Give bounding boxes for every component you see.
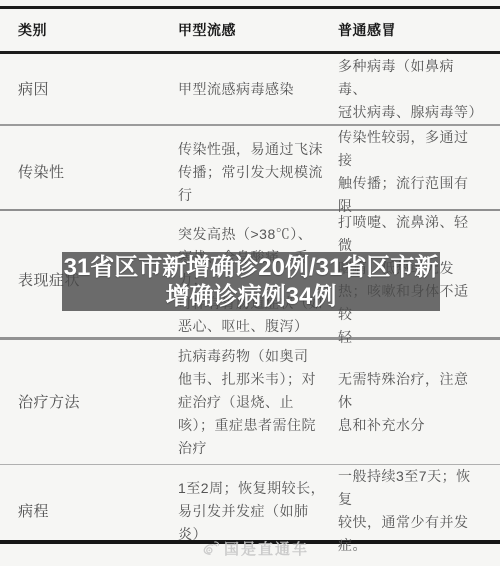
flu-treatment-cell: 抗病毒药物（如奥司 他韦、扎那米韦）；对 症治疗（退烧、止 咳）；重症患者需住院… <box>178 345 338 460</box>
news-headline-overlay: 31省区市新增确诊20例/31省区市新 增确诊病例34例 <box>62 252 440 311</box>
headline-line-1: 31省区市新增确诊20例/31省区市新 <box>64 253 439 282</box>
flu-cause-cell: 甲型流感病毒感染 <box>178 78 338 101</box>
header-influenza-a: 甲型流感 <box>178 19 338 42</box>
cold-contagious-cell: 传染性较弱，多通过接 触传播；流行范围有限 <box>338 126 490 218</box>
table-row-treatment: 治疗方法 抗病毒药物（如奥司 他韦、扎那米韦）；对 症治疗（退烧、止 咳）；重症… <box>0 340 500 465</box>
row-label: 传染性 <box>18 161 178 184</box>
watermark-text: 国是直通车 <box>224 538 309 559</box>
header-category: 类别 <box>18 19 178 42</box>
table-row-cause: 病因 甲型流感病毒感染 多种病毒（如鼻病毒、 冠状病毒、腺病毒等） <box>0 54 500 126</box>
infographic-page: 类别 甲型流感 普通感冒 病因 甲型流感病毒感染 多种病毒（如鼻病毒、 冠状病毒… <box>0 0 500 566</box>
header-common-cold: 普通感冒 <box>338 19 490 42</box>
cold-treatment-cell: 无需特殊治疗，注意休 息和补充水分 <box>338 368 490 437</box>
table-row-course: 病程 1至2周；恢复期较长， 易引发并发症（如肺 炎） 一般持续3至7天；恢复 … <box>0 465 500 544</box>
headline-line-2: 增确诊病例34例 <box>166 282 337 311</box>
watermark: 国是直通车 <box>202 538 309 559</box>
row-label: 病因 <box>18 78 178 101</box>
table-header-row: 类别 甲型流感 普通感冒 <box>0 9 500 54</box>
row-label: 治疗方法 <box>18 391 178 414</box>
flu-contagious-cell: 传染性强，易通过飞沫 传播；常引发大规模流 行 <box>178 138 338 207</box>
table-row-contagiousness: 传染性 传染性强，易通过飞沫 传播；常引发大规模流 行 传染性较弱，多通过接 触… <box>0 126 500 211</box>
row-label: 病程 <box>18 500 178 523</box>
flu-course-cell: 1至2周；恢复期较长， 易引发并发症（如肺 炎） <box>178 477 338 546</box>
weibo-icon <box>202 541 219 556</box>
cold-cause-cell: 多种病毒（如鼻病毒、 冠状病毒、腺病毒等） <box>338 55 490 124</box>
cold-course-cell: 一般持续3至7天；恢复 较快，通常少有并发 症。 <box>338 465 490 557</box>
